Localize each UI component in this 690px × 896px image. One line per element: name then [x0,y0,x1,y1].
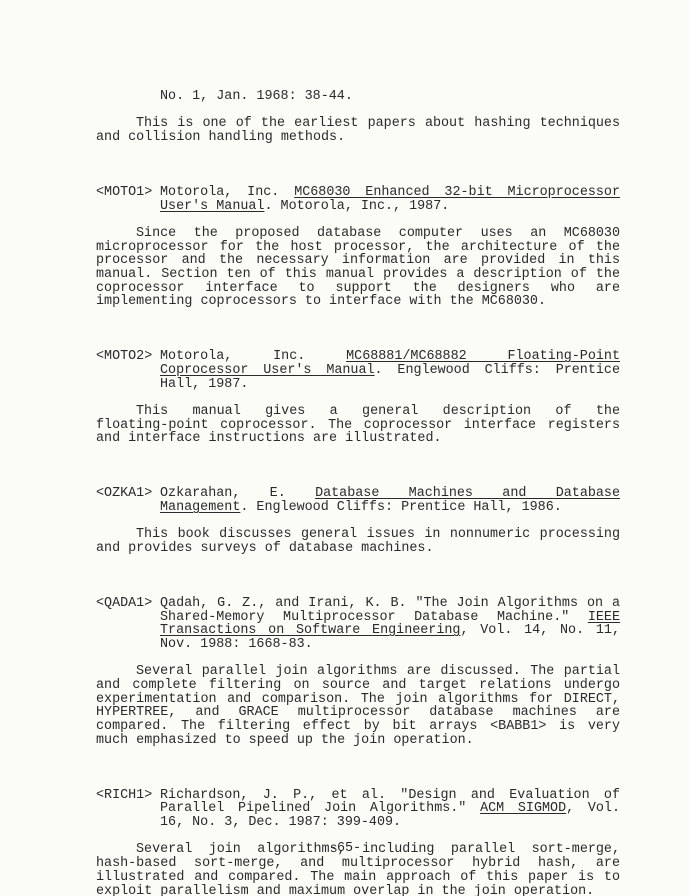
citation-line: Ozkarahan, E. Database Machines and Data… [160,487,620,501]
citation-line: No. 1, Jan. 1968: 38-44. [160,90,620,104]
citation-text: . Englewood Cliffs: Prentice [375,363,620,378]
citation-text: Nov. 1988: 1668-83. [160,637,313,652]
reference-citation: Motorola, Inc. MC68030 Enhanced 32-bit M… [160,186,620,213]
annotation-line: and collision handling methods. [96,131,620,145]
underlined-title: User's Manual [160,199,264,214]
annotation-line: and provides surveys of database machine… [96,542,620,556]
citation-text: . Englewood Cliffs: Prentice Hall, 1986. [240,500,561,515]
underlined-title: ACM SIGMOD [480,801,566,816]
annotation-line: implementing coprocessors to interface w… [96,295,620,309]
reference-entry: <QADA1>Qadah, G. Z., and Irani, K. B. "T… [96,597,620,652]
reference-tag: <OZKA1> [96,487,152,501]
annotation-line: compared. The filtering effect by bit ar… [96,720,620,734]
annotation-line: much emphasized to speed up the join ope… [96,734,620,748]
reference-list: <MOTO1>Motorola, Inc. MC68030 Enhanced 3… [96,145,620,896]
reference-tag: <MOTO1> [96,186,152,200]
reference-citation: Ozkarahan, E. Database Machines and Data… [160,487,620,514]
annotation-line: manual. Section ten of this manual provi… [96,268,620,282]
citation-text: , Vol. [566,801,620,816]
citation-line: Qadah, G. Z., and Irani, K. B. "The Join… [160,597,620,611]
reference-entry: <RICH1>Richardson, J. P., et al. "Design… [96,789,620,830]
citation-line: Transactions on Software Engineering, Vo… [160,624,620,638]
annotation-line: Since the proposed database computer use… [96,227,620,241]
citation-line: User's Manual. Motorola, Inc., 1987. [160,200,620,214]
citation-line: Parallel Pipelined Join Algorithms." ACM… [160,802,620,816]
annotation-line: HYPERTREE, and GRACE multiprocessor data… [96,706,620,720]
annotation-line: exploit parallelism and maximum overlap … [96,885,620,896]
annotation-line: illustrated and compared. The main appro… [96,871,620,885]
annotation-line: floating-point coprocessor. The coproces… [96,419,620,433]
reference-tag: <QADA1> [96,597,152,611]
annotation-paragraph: Several parallel join algorithms are dis… [96,665,620,747]
citation-text: 16, No. 3, Dec. 1987: 399-409. [160,815,401,830]
citation-line: Motorola, Inc. MC68881/MC68882 Floating-… [160,350,620,364]
citation-line: Motorola, Inc. MC68030 Enhanced 32-bit M… [160,186,620,200]
page-number: -65- [0,842,690,856]
reference-tag: <RICH1> [96,789,152,803]
reference-entry: <MOTO1>Motorola, Inc. MC68030 Enhanced 3… [96,186,620,213]
reference-entry: <OZKA1>Ozkarahan, E. Database Machines a… [96,487,620,514]
annotation-paragraph: Since the proposed database computer use… [96,227,620,309]
previous-reference-continuation: No. 1, Jan. 1968: 38-44. [96,90,620,104]
citation-line: Richardson, J. P., et al. "Design and Ev… [160,789,620,803]
reference-citation: Motorola, Inc. MC68881/MC68882 Floating-… [160,350,620,391]
underlined-title: Management [160,500,240,515]
annotation-paragraph: This book discusses general issues in no… [96,528,620,555]
annotation-line: Several parallel join algorithms are dis… [96,665,620,679]
citation-line: Hall, 1987. [160,378,620,392]
reference-entry: <MOTO2>Motorola, Inc. MC68881/MC68882 Fl… [96,350,620,391]
annotation-line: coprocessor interface to support the des… [96,282,620,296]
citation-line: Shared-Memory Multiprocessor Database Ma… [160,611,620,625]
annotation-line: This is one of the earliest papers about… [96,117,620,131]
annotation-paragraph: This manual gives a general description … [96,405,620,446]
reference-citation: Richardson, J. P., et al. "Design and Ev… [160,789,620,830]
citation-line: Coprocessor User's Manual. Englewood Cli… [160,364,620,378]
citation-text: Hall, 1987. [160,377,248,392]
annotation-line: hash-based sort-merge, and multiprocesso… [96,857,620,871]
citation-line: Nov. 1988: 1668-83. [160,638,620,652]
reference-tag: <MOTO2> [96,350,152,364]
citation-text: . Motorola, Inc., 1987. [264,199,449,214]
annotation-line: and complete filtering on source and tar… [96,679,620,693]
annotation-line: experimentation and comparison. The join… [96,693,620,707]
annotation-line: and interface instructions are illustrat… [96,432,620,446]
annotation-line: This manual gives a general description … [96,405,620,419]
annotation-line: This book discusses general issues in no… [96,528,620,542]
reference-citation: Qadah, G. Z., and Irani, K. B. "The Join… [160,597,620,652]
citation-line: Management. Englewood Cliffs: Prentice H… [160,501,620,515]
annotation-line: processor and the necessary information … [96,254,620,268]
citation-text: , Vol. 14, No. 11, [460,623,620,638]
annotation-paragraph: This is one of the earliest papers about… [96,117,620,144]
citation-line: 16, No. 3, Dec. 1987: 399-409. [160,816,620,830]
annotation-line: microprocessor for the host processor, t… [96,241,620,255]
document-page: No. 1, Jan. 1968: 38-44. This is one of … [96,90,620,896]
